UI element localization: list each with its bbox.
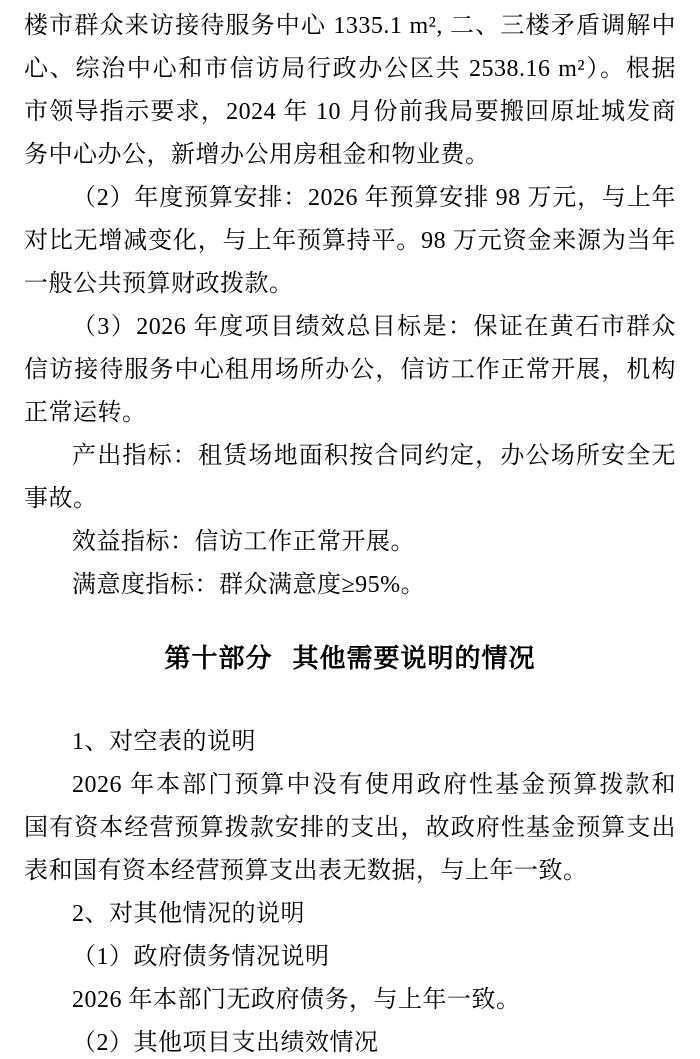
text-line: 表和国有资本经营预算支出表无数据，与上年一致。: [24, 850, 676, 893]
text-line: 2026 年本部门预算中没有使用政府性基金预算拨款和: [24, 764, 676, 807]
text-line: 市领导指示要求，2024 年 10 月份前我局要搬回原址城发商: [24, 91, 676, 134]
paragraph-block-after-heading: 1、对空表的说明2026 年本部门预算中没有使用政府性基金预算拨款和国有资本经营…: [24, 721, 676, 1059]
text-line: 对比无增减变化，与上年预算持平。98 万元资金来源为当年: [24, 220, 676, 263]
text-line: 国有资本经营预算拨款安排的支出，故政府性基金预算支出: [24, 807, 676, 850]
text-line: 楼市群众来访接待服务中心 1335.1 m², 二、三楼矛盾调解中: [24, 5, 676, 48]
text-line: （2）其他项目支出绩效情况: [24, 1022, 676, 1059]
text-line: 1、对空表的说明: [24, 721, 676, 764]
text-line: 效益指标：信访工作正常开展。: [24, 521, 676, 564]
text-line: 正常运转。: [24, 392, 676, 435]
text-line: 2、对其他情况的说明: [24, 893, 676, 936]
text-line: 一般公共预算财政拨款。: [24, 263, 676, 306]
text-line: （2）年度预算安排：2026 年预算安排 98 万元，与上年: [24, 177, 676, 220]
text-line: 满意度指标：群众满意度≥95%。: [24, 564, 676, 607]
paragraph-block-before-heading: 楼市群众来访接待服务中心 1335.1 m², 二、三楼矛盾调解中心、综治中心和…: [24, 5, 676, 607]
text-line: 产出指标：租赁场地面积按合同约定，办公场所安全无: [24, 435, 676, 478]
document-page: 楼市群众来访接待服务中心 1335.1 m², 二、三楼矛盾调解中心、综治中心和…: [0, 0, 700, 1059]
section-heading: 第十部分 其他需要说明的情况: [24, 638, 676, 681]
text-line: （1）政府债务情况说明: [24, 936, 676, 979]
text-line: 心、综治中心和市信访局行政办公区共 2538.16 m²）。根据: [24, 48, 676, 91]
text-line: （3）2026 年度项目绩效总目标是：保证在黄石市群众: [24, 306, 676, 349]
text-line: 务中心办公，新增办公用房租金和物业费。: [24, 134, 676, 177]
text-line: 事故。: [24, 478, 676, 521]
text-line: 信访接待服务中心租用场所办公，信访工作正常开展，机构: [24, 349, 676, 392]
text-line: 2026 年本部门无政府债务，与上年一致。: [24, 979, 676, 1022]
